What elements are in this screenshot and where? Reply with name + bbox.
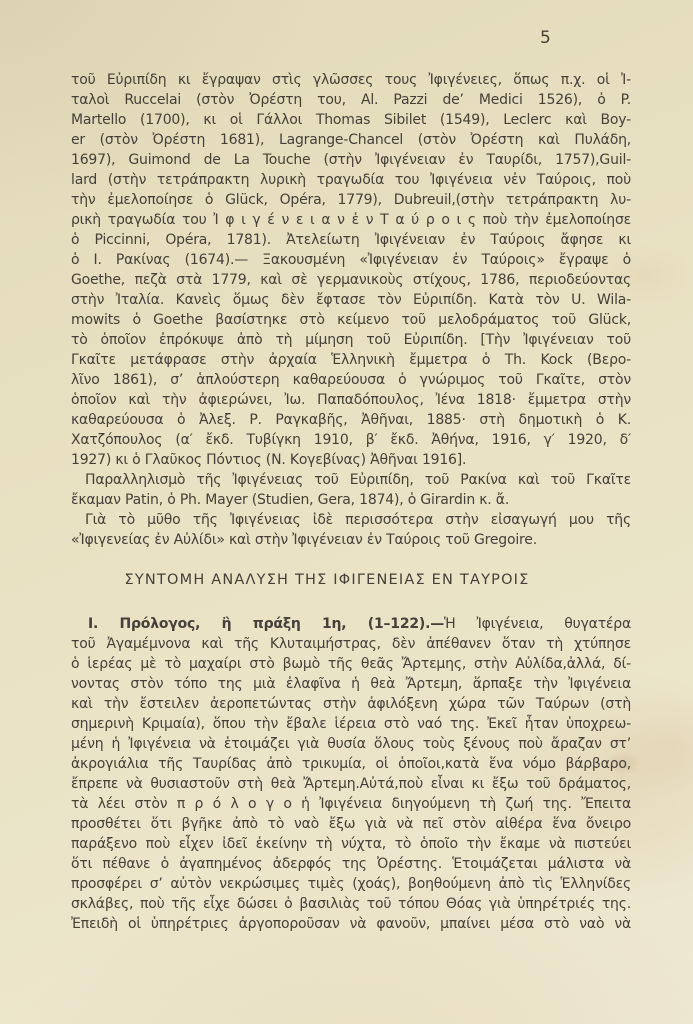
paragraph: Γιὰ τὸ μῦθο τῆς Ἰφιγένειας ἰδὲ περισσότε…	[71, 510, 631, 550]
text-line: mowits ὁ Goethe βασίστηκε στὸ κείμενο το…	[71, 310, 631, 330]
book-page: 5 τοῦ Εὐριπίδη κι ἔγραψαν στὶς γλῶσσες τ…	[0, 0, 693, 1024]
text-line: er (στὸν Ὀρέστη 1681), Lagrange-Chancel …	[71, 130, 631, 150]
text-line: ἔκαμαν Patin, ὁ Ph. Mayer (Studien, Gera…	[71, 490, 631, 510]
text-line: ταλοὶ Ruccelai (στὸν Ὀρέστη του, Al. Paz…	[71, 90, 631, 110]
text-line: καὶ τὴν ἔστειλεν ἀεροπετώντας στὴν ἀφιλό…	[71, 694, 631, 714]
text-line: Martello (1700), κι οἱ Γάλλοι Thomas Sib…	[71, 110, 631, 130]
text-line: σημερινὴ Κριμαία), ὅπου τὴν ἔβαλε ἱέρεια…	[71, 714, 631, 734]
text-line: Γιὰ τὸ μῦθο τῆς Ἰφιγένειας ἰδὲ περισσότε…	[71, 510, 631, 530]
text-line: lard (στὴν τετράπρακτη λυρικὴ τραγωδία τ…	[71, 170, 631, 190]
text-line: ὅτι πέθανε ὁ ἀγαπημένος ἀδερφός της Ὀρέσ…	[71, 854, 631, 874]
text-line: «Ἰφιγενείας ἐν Αὐλίδι» καὶ στὴν Ἰφιγένει…	[71, 530, 631, 550]
text-line: τοῦ Εὐριπίδη κι ἔγραψαν στὶς γλῶσσες του…	[71, 70, 631, 90]
text-line: τοῦ Ἀγαμέμνονα καὶ τῆς Κλυταιμήστρας, δὲ…	[71, 634, 631, 654]
text-line: ἔπρεπε νὰ θυσιαστοῦν στὴ θεὰ Ἄρτεμη.Αὐτά…	[71, 774, 631, 794]
paragraph-analysis: Ι. Πρόλογος, ἢ πράξη 1η, (1–122).—Ἡ Ἰφιγ…	[71, 614, 631, 934]
text-line: καθαρεύουσα ὁ Ἀλεξ. Ρ. Ραγκαβῆς, Ἀθῆναι,…	[71, 410, 631, 430]
text-line: προσφέρει σ’ αὐτὸν νεκρώσιμες τιμὲς (χοά…	[71, 874, 631, 894]
text-block: τοῦ Εὐριπίδη κι ἔγραψαν στὶς γλῶσσες του…	[71, 70, 631, 934]
paragraph: Παραλληλισμὸ τῆς Ἰφιγένειας τοῦ Εὐριπίδη…	[71, 470, 631, 510]
text-line: Ἐπειδὴ οἱ ὑπηρέτριες ἀργοποροῦσαν νὰ φαν…	[71, 914, 631, 934]
text-line: νοντας στὸν τόπο της μιὰ ἐλαφῖνα ἡ θεὰ Ἄ…	[71, 674, 631, 694]
text-line: μένη ἡ Ἰφιγένεια νὰ ἑτοιμάζει γιὰ θυσία …	[71, 734, 631, 754]
text-line: στὴν Ἰταλία. Κανεὶς ὅμως δὲν ἔφτασε τὸν …	[71, 290, 631, 310]
text-line: Γκαῖτε μετάφρασε στὴν ἀρχαία Ἑλληνικὴ ἔμ…	[71, 350, 631, 370]
act-title-rest: Ἡ Ἰφιγένεια, θυγατέρα	[444, 616, 631, 632]
text-line: ἀκρογιάλια τῆς Ταυρίδας ἀπὸ τρικυμία, οἱ…	[71, 754, 631, 774]
text-line: Ι. Πρόλογος, ἢ πράξη 1η, (1–122).—Ἡ Ἰφιγ…	[71, 614, 631, 634]
text-line: λῖνο 1861), σ’ ἁπλούστερη καθαρεύουσα ὁ …	[71, 370, 631, 390]
text-line: σκλάβες, ποὺ τῆς εἶχε δώσει ὁ βασιλιὰς τ…	[71, 894, 631, 914]
paragraph: τοῦ Εὐριπίδη κι ἔγραψαν στὶς γλῶσσες του…	[71, 70, 631, 470]
text-line: ὁ Piccinni, Opéra, 1781). Ἀτελείωτη Ἰφιγ…	[71, 230, 631, 250]
text-line: Παραλληλισμὸ τῆς Ἰφιγένειας τοῦ Εὐριπίδη…	[71, 470, 631, 490]
act-title-bold: Ι. Πρόλογος, ἢ πράξη 1η, (1–122).—	[88, 616, 444, 632]
text-line: τὰ λέει στὸν π ρ ό λ ο γ ο ἡ Ἰφιγένεια δ…	[71, 794, 631, 814]
text-line: τὴν ἐμελοποίησε ὁ Glück, Opéra, 1779), D…	[71, 190, 631, 210]
text-line: παράξενο ποὺ εἶχεν ἰδεῖ ἐκείνην τὴ νύχτα…	[71, 834, 631, 854]
text-line: ὁποῖον καὶ τὴν ἀφιερώνει, Ἰω. Παπαδόπουλ…	[71, 390, 631, 410]
text-line: προσθέτει ὅτι βγῆκε ἀπὸ τὸ ναὸ ἔξω γιὰ ν…	[71, 814, 631, 834]
text-line: 1927) κι ὁ Γλαῦκος Πόντιος (Ν. Κογεβίνας…	[71, 450, 631, 470]
text-line: ρικὴ τραγωδία του Ἰ φ ι γ έ ν ε ι α ν ἐ …	[71, 210, 631, 230]
section-heading: ΣΥΝΤΟΜΗ ΑΝΑΛΥΣΗ ΤΗΣ ΙΦΙΓΕΝΕΙΑΣ ΕΝ ΤΑΥΡΟΙ…	[71, 570, 631, 590]
text-line: ὁ ἱερέας μὲ τὸ μαχαίρι στὸ βωμὸ τῆς θεᾶς…	[71, 654, 631, 674]
text-line: Χατζόπουλος (α′ ἔκδ. Τυβίγκη 1910, β′ ἔκ…	[71, 430, 631, 450]
text-line: ὁ Ι. Ρακίνας (1674).— Ξακουσμένη «Ἰφιγέν…	[71, 250, 631, 270]
page-number: 5	[540, 28, 551, 48]
text-line: Goethe, πεζὰ στὰ 1779, καὶ σὲ γερμανικοὺ…	[71, 270, 631, 290]
text-line: τὸ ὁποῖον ἐπρόκυψε ἀπὸ τὴ μίμηση τοῦ Εὐρ…	[71, 330, 631, 350]
text-line: 1697), Guimond de La Touche (στὴν Ἰφιγέν…	[71, 150, 631, 170]
